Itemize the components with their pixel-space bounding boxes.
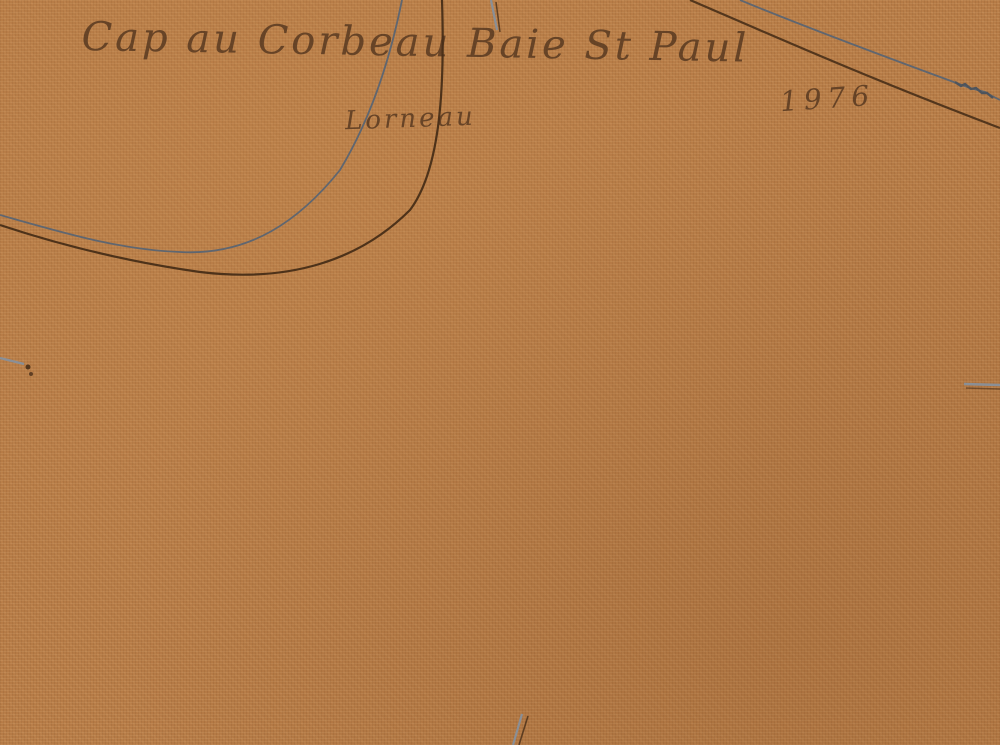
inscription-signature: Lorneau [345,102,477,137]
nail-left [0,358,33,376]
wire-twist [955,82,993,98]
inscription-year: 1976 [779,79,876,119]
nail-right [964,384,1000,389]
nail-bottom [513,714,528,745]
